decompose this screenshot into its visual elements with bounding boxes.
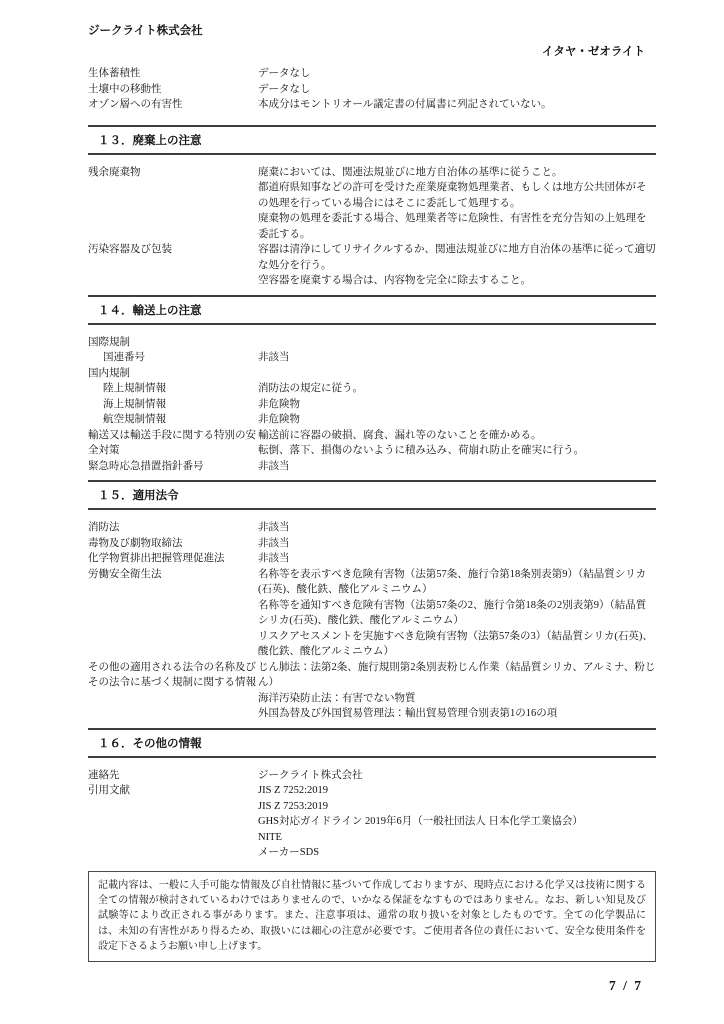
value-line: データなし [258,82,656,98]
product-name: イタヤ・ゼオライト [88,45,656,59]
row-value: 非危険物 [258,412,656,428]
value-line: 空容器を廃棄する場合は、内容物を完全に除去すること。 [258,273,656,289]
row-value: 非危険物 [258,397,656,413]
row-label: 航空規制情報 [88,412,258,428]
value-line: 非該当 [258,536,656,552]
value-line: メーカーSDS [258,845,656,861]
disclaimer-box: 記載内容は、一般に入手可能な情報及び自社情報に基づいて作成しておりますが、現時点… [88,871,656,962]
row-label: 国連番号 [88,350,258,366]
section-header: １４．輸送上の注意 [88,295,656,325]
row-label: オゾン層への有害性 [88,97,258,113]
value-line: 外国為替及び外国貿易管理法：輸出貿易管理令別表第1の16の項 [258,706,656,722]
section-rows: 残余廃棄物廃棄においては、関連法規並びに地方自治体の基準に従うこと。都道府県知事… [88,155,656,295]
data-row: 国際規制 [88,335,656,351]
section-title: １６．その他の情報 [98,737,202,751]
section-title: １４．輸送上の注意 [98,304,202,318]
value-line: データなし [258,66,656,82]
value-line: 非危険物 [258,412,656,428]
value-line: NITE [258,830,656,846]
data-row: 汚染容器及び包装容器は清浄にしてリサイクルするか、関連法規並びに地方自治体の基準… [88,242,656,289]
section-title: １５．適用法令 [98,489,179,503]
data-row: 労働安全衛生法名称等を表示すべき危険有害物（法第57条、施行令第18条別表第9）… [88,567,656,660]
row-value [258,335,656,351]
value-line: 廃棄物の処理を委託する場合、処理業者等に危険性、有害性を充分告知の上処理を委託す… [258,211,656,242]
row-value: 非該当 [258,459,656,475]
row-label: 引用文献 [88,783,258,799]
data-row: オゾン層への有害性本成分はモントリオール議定書の付属書に列記されていない。 [88,97,656,113]
value-line: リスクアセスメントを実施すべき危険有害物（法第57条の3）（結晶質シリカ(石英)… [258,629,656,660]
row-value: 廃棄においては、関連法規並びに地方自治体の基準に従うこと。都道府県知事などの許可… [258,165,656,243]
section-title: １３．廃棄上の注意 [98,134,202,148]
value-line: 転倒、落下、損傷のないように積み込み、荷崩れ防止を確実に行う。 [258,443,656,459]
data-row: 輸送又は輸送手段に関する特別の安全対策輸送前に容器の破損、腐食、漏れ等のないこと… [88,428,656,459]
row-label: 緊急時応急措置指針番号 [88,459,258,475]
data-row: 緊急時応急措置指針番号非該当 [88,459,656,475]
section-2: １４．輸送上の注意国際規制国連番号非該当国内規制陸上規制情報消防法の規定に従う。… [88,295,656,481]
sds-document-page: ジークライト株式会社 イタヤ・ゼオライト 生体蓄積性データなし土壌中の移動性デー… [0,0,724,1024]
value-line: GHS対応ガイドライン 2019年6月（一般社団法人 日本化学工業協会） [258,814,656,830]
value-line: 非該当 [258,459,656,475]
data-row: 連絡先ジークライト株式会社 [88,768,656,784]
row-value: じん肺法：法第2条、施行規則第2条別表粉じん作業（結晶質シリカ、アルミナ、粉じん… [258,660,656,722]
value-line: 消防法の規定に従う。 [258,381,656,397]
row-value: 容器は清浄にしてリサイクルするか、関連法規並びに地方自治体の基準に従って適切な処… [258,242,656,289]
section-header: １６．その他の情報 [88,728,656,758]
row-label: 化学物質排出把握管理促進法 [88,551,258,567]
row-label: 生体蓄積性 [88,66,258,82]
value-line: JIS Z 7253:2019 [258,799,656,815]
value-line: 非該当 [258,350,656,366]
row-label: 輸送又は輸送手段に関する特別の安全対策 [88,428,258,459]
row-value: 非該当 [258,350,656,366]
section-header: １５．適用法令 [88,480,656,510]
row-value: 非該当 [258,520,656,536]
section-1: １３．廃棄上の注意残余廃棄物廃棄においては、関連法規並びに地方自治体の基準に従う… [88,125,656,295]
data-row: 引用文献JIS Z 7252:2019JIS Z 7253:2019GHS対応ガ… [88,783,656,861]
value-line: 都道府県知事などの許可を受けた産業廃棄物処理業者、もしくは地方公共団体がその処理… [258,180,656,211]
section-4: １６．その他の情報連絡先ジークライト株式会社引用文献JIS Z 7252:201… [88,728,656,867]
value-line: 名称等を表示すべき危険有害物（法第57条、施行令第18条別表第9）（結晶質シリカ… [258,567,656,598]
value-line: 容器は清浄にしてリサイクルするか、関連法規並びに地方自治体の基準に従って適切な処… [258,242,656,273]
row-label: 土壌中の移動性 [88,82,258,98]
section-rows: 連絡先ジークライト株式会社引用文献JIS Z 7252:2019JIS Z 72… [88,758,656,867]
section-rows: 生体蓄積性データなし土壌中の移動性データなしオゾン層への有害性本成分はモントリオ… [88,59,656,125]
value-line: 海洋汚染防止法：有害でない物質 [258,691,656,707]
row-label: 毒物及び劇物取締法 [88,536,258,552]
data-row: 化学物質排出把握管理促進法非該当 [88,551,656,567]
sections: 生体蓄積性データなし土壌中の移動性データなしオゾン層への有害性本成分はモントリオ… [88,59,656,867]
row-value: 輸送前に容器の破損、腐食、漏れ等のないことを確かめる。転倒、落下、損傷のないよう… [258,428,656,459]
row-label: 陸上規制情報 [88,381,258,397]
page-content: ジークライト株式会社 イタヤ・ゼオライト 生体蓄積性データなし土壌中の移動性デー… [88,0,656,994]
row-value: 非該当 [258,551,656,567]
row-value [258,366,656,382]
value-line: 廃棄においては、関連法規並びに地方自治体の基準に従うこと。 [258,165,656,181]
disclaimer-text: 記載内容は、一般に入手可能な情報及び自社情報に基づいて作成しておりますが、現時点… [98,880,646,953]
row-value: データなし [258,66,656,82]
section-header: １３．廃棄上の注意 [88,125,656,155]
data-row: 生体蓄積性データなし [88,66,656,82]
row-label: 残余廃棄物 [88,165,258,181]
row-value: データなし [258,82,656,98]
data-row: 航空規制情報非危険物 [88,412,656,428]
row-value: 消防法の規定に従う。 [258,381,656,397]
value-line: 非危険物 [258,397,656,413]
value-line: 本成分はモントリオール議定書の付属書に列記されていない。 [258,97,656,113]
row-value: ジークライト株式会社 [258,768,656,784]
company-name: ジークライト株式会社 [88,0,656,38]
row-value: 本成分はモントリオール議定書の付属書に列記されていない。 [258,97,656,113]
row-label: その他の適用される法令の名称及びその法令に基づく規制に関する情報 [88,660,258,691]
section-rows: 消防法非該当毒物及び劇物取締法非該当化学物質排出把握管理促進法非該当労働安全衛生… [88,510,656,728]
page-number: 7 / 7 [88,978,656,994]
row-label: 国内規制 [88,366,258,382]
row-value: 名称等を表示すべき危険有害物（法第57条、施行令第18条別表第9）（結晶質シリカ… [258,567,656,660]
value-line: JIS Z 7252:2019 [258,783,656,799]
row-label: 海上規制情報 [88,397,258,413]
section-0: 生体蓄積性データなし土壌中の移動性データなしオゾン層への有害性本成分はモントリオ… [88,59,656,125]
row-label: 国際規制 [88,335,258,351]
row-label: 労働安全衛生法 [88,567,258,583]
value-line: 非該当 [258,551,656,567]
data-row: 毒物及び劇物取締法非該当 [88,536,656,552]
value-line: ジークライト株式会社 [258,768,656,784]
data-row: その他の適用される法令の名称及びその法令に基づく規制に関する情報じん肺法：法第2… [88,660,656,722]
section-3: １５．適用法令消防法非該当毒物及び劇物取締法非該当化学物質排出把握管理促進法非該… [88,480,656,728]
data-row: 土壌中の移動性データなし [88,82,656,98]
row-label: 連絡先 [88,768,258,784]
data-row: 陸上規制情報消防法の規定に従う。 [88,381,656,397]
data-row: 国内規制 [88,366,656,382]
section-rows: 国際規制国連番号非該当国内規制陸上規制情報消防法の規定に従う。海上規制情報非危険… [88,325,656,481]
value-line: 輸送前に容器の破損、腐食、漏れ等のないことを確かめる。 [258,428,656,444]
data-row: 消防法非該当 [88,520,656,536]
row-value: JIS Z 7252:2019JIS Z 7253:2019GHS対応ガイドライ… [258,783,656,861]
value-line: じん肺法：法第2条、施行規則第2条別表粉じん作業（結晶質シリカ、アルミナ、粉じん… [258,660,656,691]
value-line: 非該当 [258,520,656,536]
row-label: 消防法 [88,520,258,536]
data-row: 海上規制情報非危険物 [88,397,656,413]
data-row: 残余廃棄物廃棄においては、関連法規並びに地方自治体の基準に従うこと。都道府県知事… [88,165,656,243]
row-label: 汚染容器及び包装 [88,242,258,258]
value-line: 名称等を通知すべき危険有害物（法第57条の2、施行令第18条の2別表第9）（結晶… [258,598,656,629]
data-row: 国連番号非該当 [88,350,656,366]
row-value: 非該当 [258,536,656,552]
